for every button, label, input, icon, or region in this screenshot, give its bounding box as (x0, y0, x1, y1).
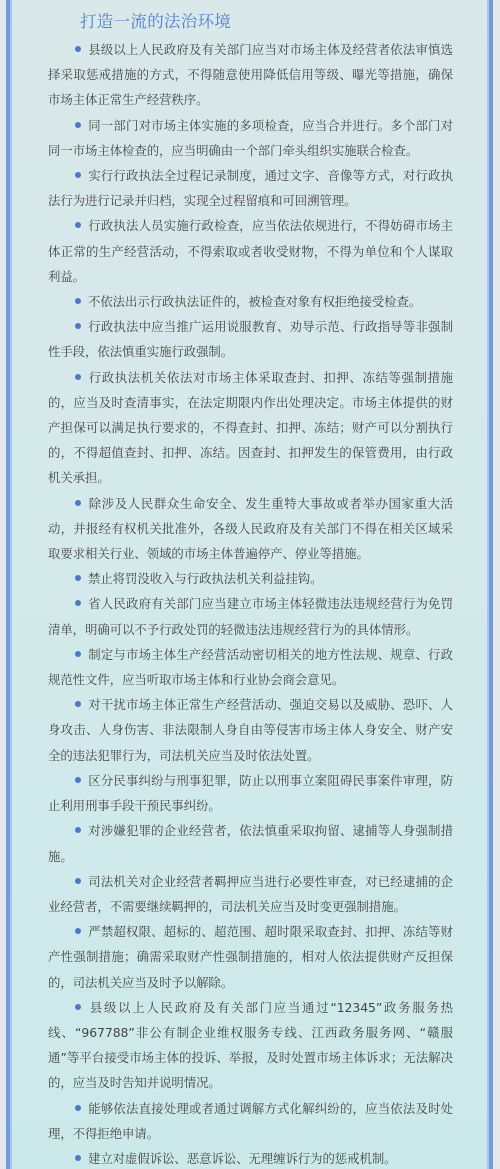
list-item: 省人民政府有关部门应当建立市场主体轻微违法违规经营行为免罚清单，明确可以不予行政… (48, 591, 453, 641)
item-text: 行政执法机关依法对市场主体采取查封、扣押、冻结等强制措施的，应当及时查清事实，在… (48, 370, 453, 486)
list-item: 司法机关对企业经营者羁押应当进行必要性审查，对已经逮捕的企业经营者，不需要继续羁… (48, 869, 453, 919)
item-text: 制定与市场主体生产经营活动密切相关的地方性法规、规章、行政规范性文件，应当听取市… (48, 647, 453, 687)
item-text: 对涉嫌犯罪的企业经营者，依法慎重采取拘留、逮捕等人身强制措施。 (48, 823, 453, 863)
bullet-dot-icon (75, 600, 81, 606)
list-item: 严禁超权限、超标的、超范围、超时限采取查封、扣押、冻结等财产性强制措施；确需采取… (48, 919, 453, 995)
list-item: 县级以上人民政府及有关部门应当对市场主体及经营者依法审慎选择采取惩戒措施的方式，… (48, 37, 453, 113)
article-section: 打造一流的法治环境 县级以上人民政府及有关部门应当对市场主体及经营者依法审慎选择… (48, 9, 453, 1169)
bullet-dot-icon (75, 878, 81, 884)
item-text: 县级以上人民政府及有关部门应当通过“12345”政务服务热线、“967788”非… (48, 1000, 453, 1091)
item-text: 同一部门对市场主体实施的多项检查，应当合并进行。多个部门对同一市场主体检查的，应… (48, 118, 453, 158)
bullet-dot-icon (75, 777, 81, 783)
item-text: 省人民政府有关部门应当建立市场主体轻微违法违规经营行为免罚清单，明确可以不予行政… (48, 596, 453, 636)
item-text: 对干扰市场主体正常生产经营活动、强迫交易以及威胁、恐吓、人身攻击、人身伤害、非法… (48, 697, 453, 762)
item-text: 实行行政执法全过程记录制度，通过文字、音像等方式，对行政执法行为进行记录并归档，… (48, 168, 453, 208)
list-item: 行政执法中应当推广运用说服教育、劝导示范、行政指导等非强制性手段，依法慎重实施行… (48, 314, 453, 364)
bullet-dot-icon (75, 222, 81, 228)
bullet-dot-icon (75, 122, 81, 128)
list-item: 行政执法人员实施行政检查，应当依法依规进行，不得妨碍市场主体正常的生产经营活动，… (48, 213, 453, 289)
item-text: 禁止将罚没收入与行政执法机关利益挂钩。 (88, 571, 322, 586)
item-text: 行政执法中应当推广运用说服教育、劝导示范、行政指导等非强制性手段，依法慎重实施行… (48, 319, 453, 359)
bullet-dot-icon (75, 1155, 81, 1161)
list-item: 能够依法直接处理或者通过调解方式化解纠纷的，应当依法及时处理，不得拒绝申请。 (48, 1096, 453, 1146)
item-text: 严禁超权限、超标的、超范围、超时限采取查封、扣押、冻结等财产性强制措施；确需采取… (48, 924, 453, 989)
bullet-dot-icon (75, 172, 81, 178)
bullet-dot-icon (75, 701, 81, 707)
bullet-dot-icon (75, 651, 81, 657)
item-text: 县级以上人民政府及有关部门应当对市场主体及经营者依法审慎选择采取惩戒措施的方式，… (48, 42, 453, 107)
bullet-dot-icon (75, 1004, 81, 1010)
list-item: 不依法出示行政执法证件的，被检查对象有权拒绝接受检查。 (48, 289, 453, 314)
bullet-dot-icon (75, 323, 81, 329)
bullet-dot-icon (75, 928, 81, 934)
item-text: 不依法出示行政执法证件的，被检查对象有权拒绝接受检查。 (88, 294, 421, 309)
list-item: 行政执法机关依法对市场主体采取查封、扣押、冻结等强制措施的，应当及时查清事实，在… (48, 365, 453, 491)
list-item: 制定与市场主体生产经营活动密切相关的地方性法规、规章、行政规范性文件，应当听取市… (48, 642, 453, 692)
bullet-dot-icon (75, 374, 81, 380)
bullet-dot-icon (75, 827, 81, 833)
bullet-dot-icon (75, 298, 81, 304)
list-item: 同一部门对市场主体实施的多项检查，应当合并进行。多个部门对同一市场主体检查的，应… (48, 113, 453, 163)
bullet-dot-icon (75, 46, 81, 52)
bullet-dot-icon (75, 500, 81, 506)
content-panel: 打造一流的法治环境 县级以上人民政府及有关部门应当对市场主体及经营者依法审慎选择… (6, 0, 493, 1169)
bullet-dot-icon (75, 575, 81, 581)
item-text: 除涉及人民群众生命安全、发生重特大事故或者举办国家重大活动，并报经有权机关批准外… (48, 496, 453, 561)
list-item: 实行行政执法全过程记录制度，通过文字、音像等方式，对行政执法行为进行记录并归档，… (48, 163, 453, 213)
item-text: 能够依法直接处理或者通过调解方式化解纠纷的，应当依法及时处理，不得拒绝申请。 (48, 1101, 453, 1141)
bullet-dot-icon (75, 1105, 81, 1111)
list-item: 区分民事纠纷与刑事犯罪，防止以刑事立案阻碍民事案件审理，防止利用刑事手段干预民事… (48, 768, 453, 818)
item-text: 建立对虚假诉讼、恶意诉讼、无理缠诉行为的惩戒机制。 (88, 1151, 397, 1166)
item-text: 司法机关对企业经营者羁押应当进行必要性审查，对已经逮捕的企业经营者，不需要继续羁… (48, 874, 453, 914)
item-text: 区分民事纠纷与刑事犯罪，防止以刑事立案阻碍民事案件审理，防止利用刑事手段干预民事… (48, 773, 453, 813)
section-title: 打造一流的法治环境 (80, 9, 453, 35)
list-item: 对干扰市场主体正常生产经营活动、强迫交易以及威胁、恐吓、人身攻击、人身伤害、非法… (48, 692, 453, 768)
item-text: 行政执法人员实施行政检查，应当依法依规进行，不得妨碍市场主体正常的生产经营活动，… (48, 218, 453, 283)
list-item: 县级以上人民政府及有关部门应当通过“12345”政务服务热线、“967788”非… (48, 995, 453, 1096)
list-item: 除涉及人民群众生命安全、发生重特大事故或者举办国家重大活动，并报经有权机关批准外… (48, 491, 453, 567)
list-item: 建立对虚假诉讼、恶意诉讼、无理缠诉行为的惩戒机制。 (48, 1146, 453, 1169)
list-item: 禁止将罚没收入与行政执法机关利益挂钩。 (48, 566, 453, 591)
list-item: 对涉嫌犯罪的企业经营者，依法慎重采取拘留、逮捕等人身强制措施。 (48, 818, 453, 868)
